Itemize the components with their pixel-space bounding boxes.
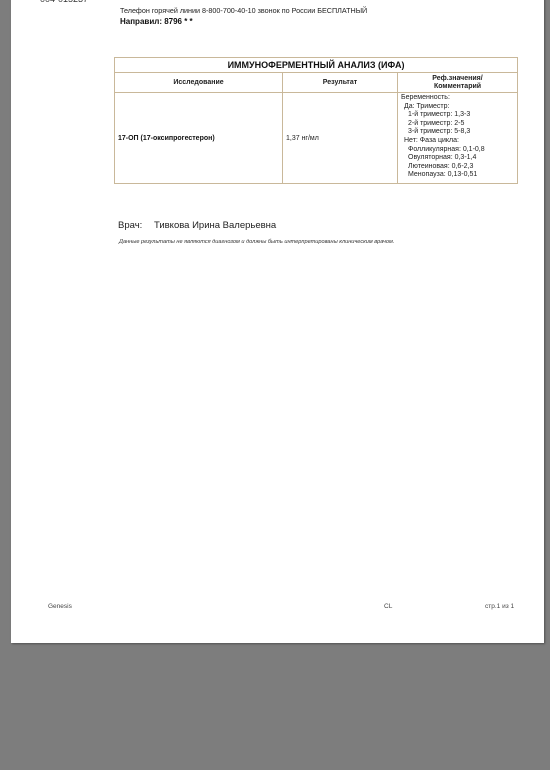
ref-luteal: Лютеиновая: 0,6-2,3 xyxy=(401,163,514,172)
hotline-text: Телефон горячей линии 8-800-700-40-10 зв… xyxy=(120,6,367,15)
table-title: ИММУНОФЕРМЕНТНЫЙ АНАЛИЗ (ИФА) xyxy=(115,58,518,73)
ref-menopause: Менопауза: 0,13-0,51 xyxy=(401,171,514,180)
ref-ovulatory: Овуляторная: 0,3-1,4 xyxy=(401,154,514,163)
test-name: 17-ОП (17-оксипрогестерон) xyxy=(115,93,283,184)
footer-lab-name: Genesis xyxy=(48,603,72,610)
doctor-signature: Врач: Тивкова Ирина Валерьевна xyxy=(118,220,276,231)
ref-follicular: Фолликулярная: 0,1-0,8 xyxy=(401,146,514,155)
column-header-test: Исследование xyxy=(115,73,283,93)
ref-pregnancy-label: Беременность: xyxy=(401,94,514,103)
table-row: 17-ОП (17-оксипрогестерон) 1,37 нг/мл Бе… xyxy=(115,93,518,184)
document-page: 004-015237 Телефон горячей линии 8-800-7… xyxy=(11,0,544,643)
ref-trimester-1: 1-й триместр: 1,3-3 xyxy=(401,111,514,120)
column-header-reference-line2: Комментарий xyxy=(401,83,514,91)
column-header-result: Результат xyxy=(283,73,398,93)
document-id: 004-015237 xyxy=(40,0,88,4)
footer-code: CL xyxy=(384,603,392,610)
reference-values: Беременность: Да: Триместр: 1-й триместр… xyxy=(398,93,518,184)
ref-no-label: Нет: Фаза цикла: xyxy=(401,137,514,146)
results-table: ИММУНОФЕРМЕНТНЫЙ АНАЛИЗ (ИФА) Исследован… xyxy=(114,57,518,184)
ref-yes-label: Да: Триместр: xyxy=(401,103,514,112)
footer-page-number: стр.1 из 1 xyxy=(485,603,514,610)
column-header-reference: Реф.значения/ Комментарий xyxy=(398,73,518,93)
doctor-name: Тивкова Ирина Валерьевна xyxy=(154,220,276,231)
column-header-reference-line1: Реф.значения/ xyxy=(401,75,514,83)
doctor-label: Врач: xyxy=(118,220,142,231)
disclaimer-text: Данные результаты не являются диагнозом … xyxy=(119,239,394,245)
referrer-text: Направил: 8796 * * xyxy=(120,17,193,26)
ref-trimester-3: 3-й триместр: 5-8,3 xyxy=(401,128,514,137)
test-result: 1,37 нг/мл xyxy=(283,93,398,184)
